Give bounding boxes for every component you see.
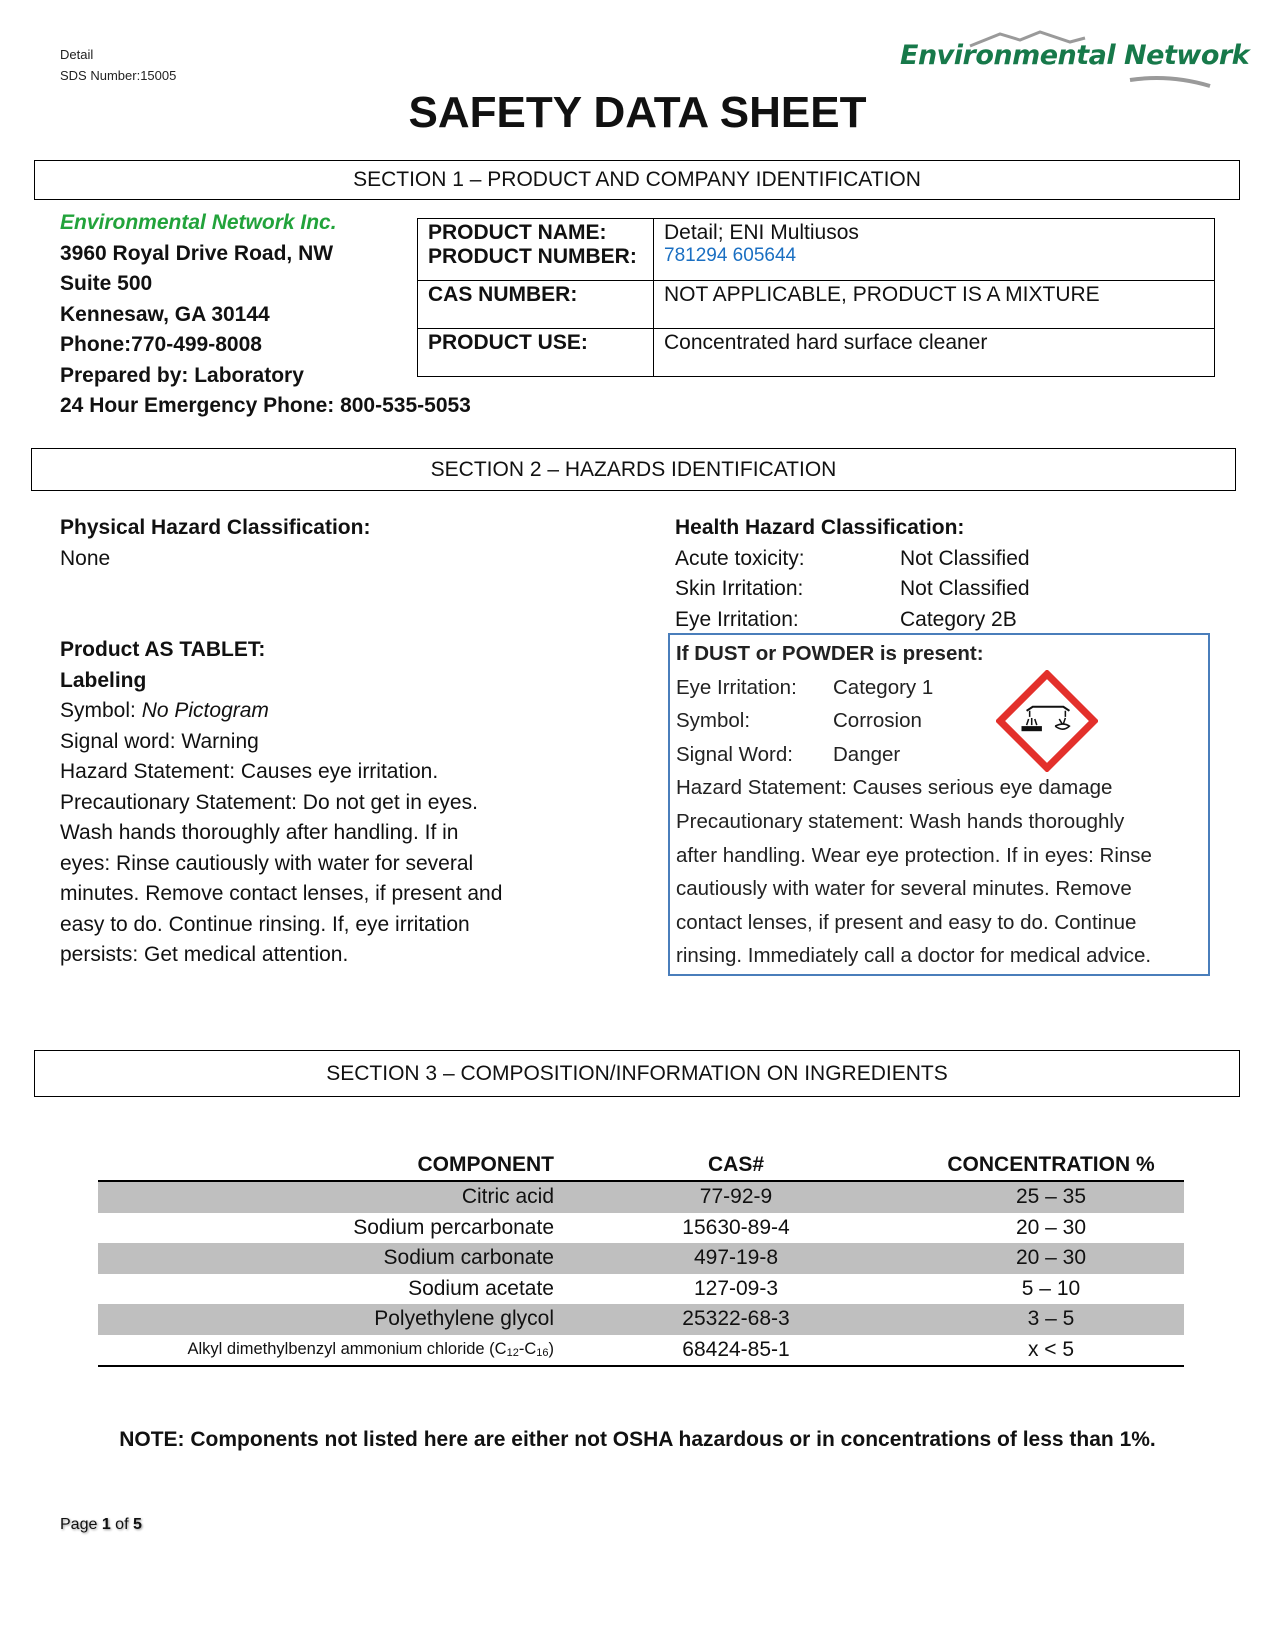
- product-use-value: Concentrated hard surface cleaner: [654, 329, 1215, 377]
- table-row: Polyethylene glycol 25322-68-3 3 – 5: [98, 1304, 1184, 1335]
- cas-number-label: CAS NUMBER:: [418, 281, 654, 329]
- tablet-precautionary-line: eyes: Rinse cautiously with water for se…: [60, 849, 620, 880]
- product-number-value: 781294 605644: [664, 245, 1204, 267]
- table-row: Citric acid 77-92-9 25 – 35: [98, 1181, 1184, 1213]
- dust-statement-line: Hazard Statement: Causes serious eye dam…: [676, 771, 1202, 805]
- column-header-cas: CAS#: [554, 1150, 918, 1181]
- company-address-line2: Suite 500: [60, 269, 471, 300]
- dust-statement-line: cautiously with water for several minute…: [676, 872, 1202, 906]
- composition-note: NOTE: Components not listed here are eit…: [0, 1428, 1275, 1452]
- tablet-precautionary-line: Precautionary Statement: Do not get in e…: [60, 788, 620, 819]
- tablet-precautionary-line: Wash hands thoroughly after handling. If…: [60, 818, 620, 849]
- dust-powder-box: If DUST or POWDER is present: Eye Irrita…: [668, 633, 1210, 976]
- dust-statement-line: contact lenses, if present and easy to d…: [676, 906, 1202, 940]
- labeling-heading: Labeling: [60, 666, 620, 697]
- company-name: Environmental Network Inc.: [60, 208, 471, 239]
- table-row: Alkyl dimethylbenzyl ammonium chloride (…: [98, 1335, 1184, 1367]
- page-title: SAFETY DATA SHEET: [0, 88, 1275, 138]
- sds-number: SDS Number:15005: [60, 65, 176, 86]
- product-name-number-values: Detail; ENI Multiusos 781294 605644: [654, 219, 1215, 281]
- tablet-symbol: Symbol: No Pictogram: [60, 696, 620, 727]
- health-hazard-block: Health Hazard Classification: Acute toxi…: [675, 513, 1215, 635]
- section-1-header: SECTION 1 – PRODUCT AND COMPANY IDENTIFI…: [34, 160, 1240, 200]
- product-name-number-labels: PRODUCT NAME: PRODUCT NUMBER:: [418, 219, 654, 281]
- table-row: Sodium acetate 127-09-3 5 – 10: [98, 1274, 1184, 1305]
- dust-row: Signal Word:Danger: [676, 738, 1202, 772]
- component-cell: Alkyl dimethylbenzyl ammonium chloride (…: [98, 1335, 554, 1367]
- prepared-by: Prepared by: Laboratory: [60, 361, 471, 392]
- company-info: Environmental Network Inc. 3960 Royal Dr…: [60, 208, 471, 422]
- page-number: Page 1 of 5: [60, 1516, 142, 1534]
- product-name-value: Detail; ENI Multiusos: [664, 221, 1204, 245]
- physical-hazard-block: Physical Hazard Classification: None: [60, 513, 620, 574]
- company-city: Kennesaw, GA 30144: [60, 300, 471, 331]
- product-number-label: PRODUCT NUMBER:: [428, 245, 643, 269]
- tablet-signal-word: Signal word: Warning: [60, 727, 620, 758]
- physical-hazard-heading: Physical Hazard Classification:: [60, 513, 620, 544]
- tablet-heading: Product AS TABLET:: [60, 635, 620, 666]
- dust-statement-line: after handling. Wear eye protection. If …: [676, 839, 1202, 873]
- health-hazard-row: Skin Irritation:Not Classified: [675, 574, 1215, 605]
- company-phone: Phone:770-499-8008: [60, 330, 471, 361]
- dust-row: Symbol:Corrosion: [676, 704, 1202, 738]
- dust-row: Eye Irritation:Category 1: [676, 671, 1202, 705]
- column-header-concentration: CONCENTRATION %: [918, 1150, 1184, 1181]
- emergency-phone: 24 Hour Emergency Phone: 800-535-5053: [60, 391, 471, 422]
- company-logo: Environmental Network: [900, 28, 1220, 88]
- cas-number-value: NOT APPLICABLE, PRODUCT IS A MIXTURE: [654, 281, 1215, 329]
- health-hazard-row: Acute toxicity:Not Classified: [675, 544, 1215, 575]
- document-header: Detail SDS Number:15005: [60, 44, 176, 86]
- composition-table: COMPONENT CAS# CONCENTRATION % Citric ac…: [98, 1150, 1184, 1367]
- product-use-label: PRODUCT USE:: [418, 329, 654, 377]
- dust-heading: If DUST or POWDER is present:: [676, 637, 1202, 671]
- tablet-hazard-statement: Hazard Statement: Causes eye irritation.: [60, 757, 620, 788]
- company-address-line1: 3960 Royal Drive Road, NW: [60, 239, 471, 270]
- dust-statement-line: rinsing. Immediately call a doctor for m…: [676, 939, 1202, 973]
- health-hazard-heading: Health Hazard Classification:: [675, 513, 1215, 544]
- doc-label: Detail: [60, 44, 176, 65]
- tablet-precautionary-line: minutes. Remove contact lenses, if prese…: [60, 879, 620, 910]
- tablet-symbol-value: No Pictogram: [142, 699, 269, 722]
- logo-text: Environmental Network: [900, 40, 1249, 71]
- table-row: Sodium percarbonate 15630-89-4 20 – 30: [98, 1213, 1184, 1244]
- tablet-precautionary-line: easy to do. Continue rinsing. If, eye ir…: [60, 910, 620, 941]
- column-header-component: COMPONENT: [98, 1150, 554, 1181]
- product-name-label: PRODUCT NAME:: [428, 221, 643, 245]
- table-row: Sodium carbonate 497-19-8 20 – 30: [98, 1243, 1184, 1274]
- dust-statement-line: Precautionary statement: Wash hands thor…: [676, 805, 1202, 839]
- physical-hazard-value: None: [60, 544, 620, 575]
- section-3-header: SECTION 3 – COMPOSITION/INFORMATION ON I…: [34, 1050, 1240, 1097]
- product-info-table: PRODUCT NAME: PRODUCT NUMBER: Detail; EN…: [417, 218, 1215, 377]
- section-2-header: SECTION 2 – HAZARDS IDENTIFICATION: [31, 448, 1236, 491]
- tablet-precautionary-line: persists: Get medical attention.: [60, 940, 620, 971]
- corrosion-pictogram-icon: [996, 670, 1098, 772]
- health-hazard-row: Eye Irritation:Category 2B: [675, 605, 1215, 636]
- tablet-labeling-block: Product AS TABLET: Labeling Symbol: No P…: [60, 635, 620, 971]
